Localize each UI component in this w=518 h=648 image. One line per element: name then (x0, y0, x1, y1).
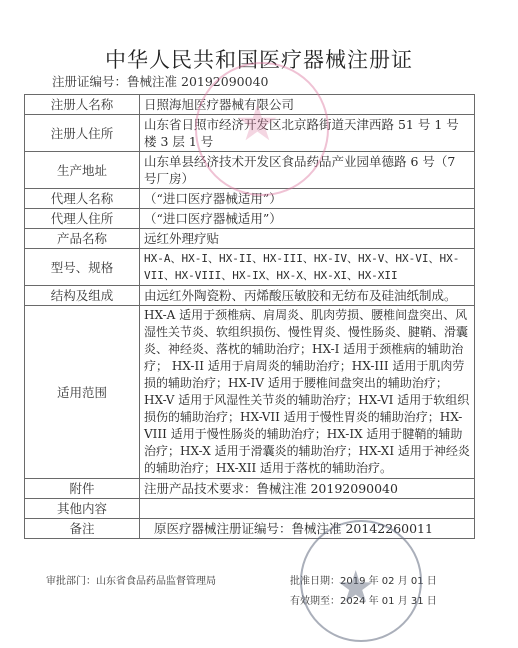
row-label: 产品名称 (25, 229, 140, 249)
attachment: 注册产品技术要求：鲁械注准 20192090040 (140, 479, 475, 499)
approval-date: 批准日期：2019 年 02 月 01 日 (290, 572, 437, 587)
agent-name: （“进口医疗器械适用”） (140, 189, 475, 209)
scope-of-application: HX-A 适用于颈椎病、肩周炎、肌肉劳损、腰椎间盘突出、风湿性关节炎、软组织损伤… (140, 306, 475, 479)
table-row: 代理人住所 （“进口医疗器械适用”） (25, 209, 475, 229)
table-row: 型号、规格 HX-A、HX-I、HX-II、HX-III、HX-IV、HX-V、… (25, 249, 475, 286)
table-row: 产品名称 远红外理疗贴 (25, 229, 475, 249)
table-row: 注册人名称 日照海旭医疗器械有限公司 (25, 95, 475, 115)
row-label: 代理人住所 (25, 209, 140, 229)
page-title: 中华人民共和国医疗器械注册证 (0, 44, 518, 74)
table-row: 代理人名称 （“进口医疗器械适用”） (25, 189, 475, 209)
row-label: 注册人名称 (25, 95, 140, 115)
row-label: 代理人名称 (25, 189, 140, 209)
registrant-name: 日照海旭医疗器械有限公司 (140, 95, 475, 115)
table-row: 生产地址 山东单县经济技术开发区食品药品产业园单德路 6 号（7 号厂房） (25, 152, 475, 189)
structure-composition: 由远红外陶瓷粉、丙烯酸压敏胶和无纺布及硅油纸制成。 (140, 286, 475, 306)
model-specs: HX-A、HX-I、HX-II、HX-III、HX-IV、HX-V、HX-VI、… (140, 249, 475, 286)
certificate-table: 注册人名称 日照海旭医疗器械有限公司 注册人住所 山东省日照市经济开发区北京路街… (24, 94, 475, 539)
approval-authority: 审批部门：山东省食品药品监督管理局 (46, 572, 216, 587)
row-label: 结构及组成 (25, 286, 140, 306)
remarks: 原医疗器械注册证编号：鲁械注准 20142260011 (140, 519, 475, 539)
production-address: 山东单县经济技术开发区食品药品产业园单德路 6 号（7 号厂房） (140, 152, 475, 189)
expiry-date: 有效期至：2024 年 01 月 31 日 (290, 592, 437, 607)
table-row: 附件 注册产品技术要求：鲁械注准 20192090040 (25, 479, 475, 499)
certificate-number-label: 注册证编号： (52, 74, 127, 89)
product-name: 远红外理疗贴 (140, 229, 475, 249)
row-label: 生产地址 (25, 152, 140, 189)
row-label: 型号、规格 (25, 249, 140, 286)
table-row: 备注 原医疗器械注册证编号：鲁械注准 20142260011 (25, 519, 475, 539)
registrant-address: 山东省日照市经济开发区北京路街道天津西路 51 号 1 号楼 3 层 1 号 (140, 115, 475, 152)
row-label: 其他内容 (25, 499, 140, 519)
agent-address: （“进口医疗器械适用”） (140, 209, 475, 229)
certificate-number-value: 鲁械注准 20192090040 (127, 74, 268, 89)
row-label: 注册人住所 (25, 115, 140, 152)
table-row: 结构及组成 由远红外陶瓷粉、丙烯酸压敏胶和无纺布及硅油纸制成。 (25, 286, 475, 306)
table-row: 适用范围 HX-A 适用于颈椎病、肩周炎、肌肉劳损、腰椎间盘突出、风湿性关节炎、… (25, 306, 475, 479)
table-row: 注册人住所 山东省日照市经济开发区北京路街道天津西路 51 号 1 号楼 3 层… (25, 115, 475, 152)
other-content (140, 499, 475, 519)
row-label: 附件 (25, 479, 140, 499)
certificate-number: 注册证编号：鲁械注准 20192090040 (52, 72, 268, 90)
row-label: 适用范围 (25, 306, 140, 479)
table-row: 其他内容 (25, 499, 475, 519)
row-label: 备注 (25, 519, 140, 539)
